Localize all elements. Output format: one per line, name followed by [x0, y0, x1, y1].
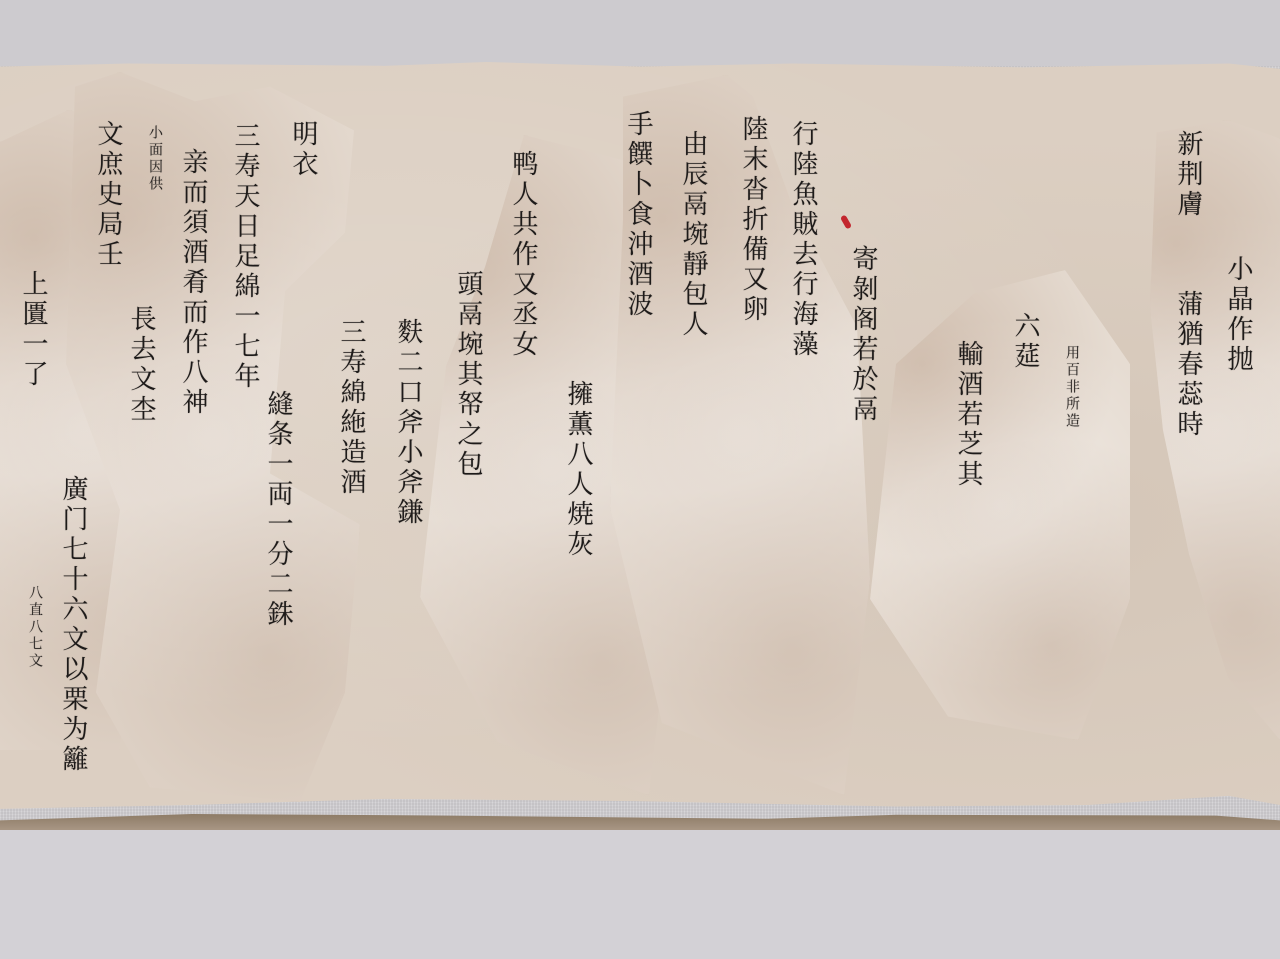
text-column: 亲而須酒肴而作八神 — [180, 148, 206, 418]
text-column: 明衣 — [290, 120, 316, 180]
text-column: 八直八七文 — [28, 585, 42, 670]
text-column: 三寿綿絁造酒 — [338, 318, 364, 498]
scroll-bottom-edge — [0, 814, 1280, 830]
text-column: 三寿天日足綿一七年 — [232, 122, 258, 392]
fabric-background-top — [0, 0, 1280, 66]
text-column: 長去文杢 — [128, 305, 154, 425]
text-column: 文庶史局壬 — [95, 120, 121, 270]
text-column: 手饌卜食沖酒波 — [625, 110, 651, 320]
text-column: 蒲猶春蕊時 — [1175, 290, 1201, 440]
text-column: 縫条一両一分二銖 — [265, 390, 291, 630]
text-column: 由辰鬲埦靜包人 — [680, 130, 706, 340]
text-column: 小面因供 — [148, 125, 162, 193]
fabric-background-bottom — [0, 826, 1280, 959]
text-column: 鸭人共作又丞女 — [510, 150, 536, 360]
text-column: 新荆膚 — [1175, 130, 1201, 220]
text-column: 麩二口斧小斧鎌 — [395, 318, 421, 528]
text-column: 六莚 — [1012, 312, 1038, 372]
text-column: 上匱一了 — [20, 270, 46, 390]
text-column: 用百非所造 — [1065, 345, 1079, 430]
text-column: 陸末沓折備又卵 — [740, 115, 766, 325]
text-column: 頭鬲埦其帑之包 — [455, 270, 481, 480]
text-column: 小晶作抛 — [1225, 255, 1251, 375]
text-column: 廣门七十六文以栗为籬 — [60, 475, 86, 775]
text-column: 輸酒若芝其 — [955, 340, 981, 490]
text-column: 擁薫八人焼灰 — [565, 380, 591, 560]
text-column: 行陸魚賊去行海藻 — [790, 120, 816, 360]
text-column: 寄剝阁若於鬲 — [850, 245, 876, 425]
